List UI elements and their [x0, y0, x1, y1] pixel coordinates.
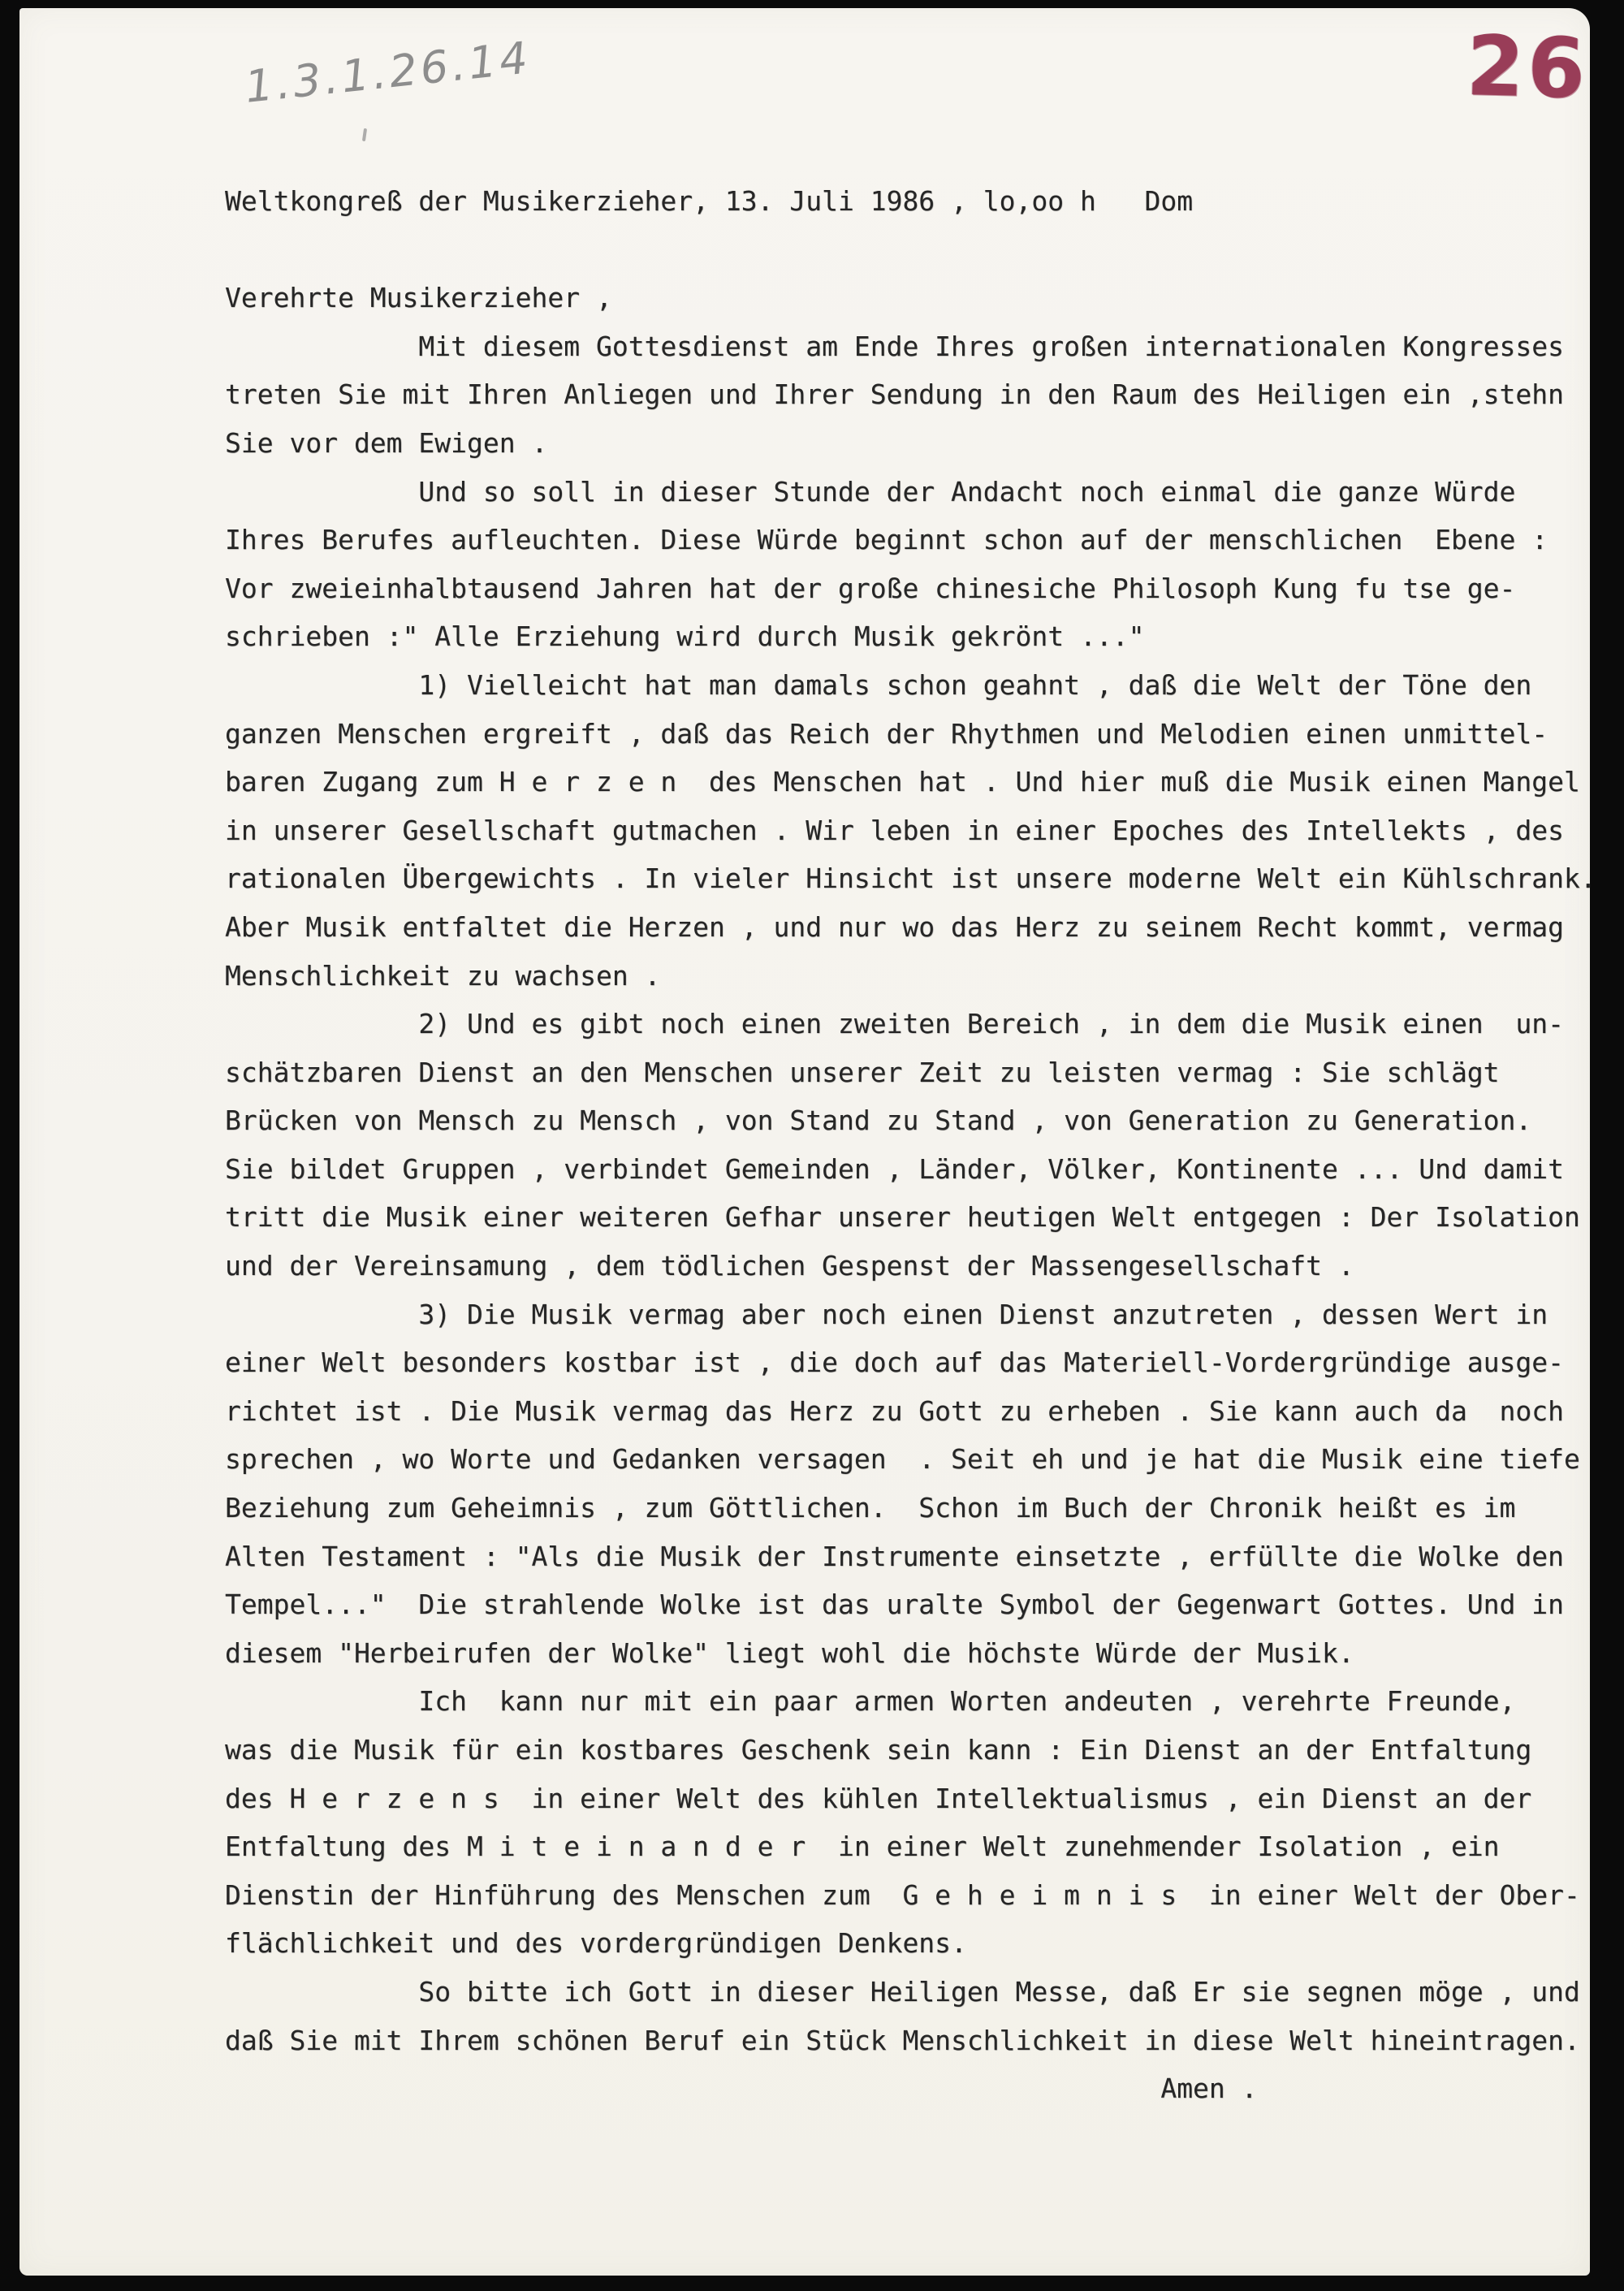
typed-line: Sie vor dem Ewigen . [225, 419, 1605, 468]
typed-line: Vor zweieinhalbtausend Jahren hat der gr… [225, 564, 1605, 613]
pencil-tick-mark [362, 128, 367, 141]
typed-line: in unserer Gesellschaft gutmachen . Wir … [225, 806, 1605, 855]
typed-line: Brücken von Mensch zu Mensch , von Stand… [225, 1096, 1605, 1145]
typed-line: rationalen Übergewichts . In vieler Hins… [225, 854, 1605, 903]
handwritten-page-number: 26 [1465, 18, 1589, 118]
typed-line: Alten Testament : "Als die Musik der Ins… [225, 1532, 1605, 1581]
typed-line: schrieben :" Alle Erziehung wird durch M… [225, 612, 1605, 661]
typed-line: diesem "Herbeirufen der Wolke" liegt woh… [225, 1629, 1605, 1678]
typed-line: Ich kann nur mit ein paar armen Worten a… [225, 1677, 1605, 1726]
typed-line: Beziehung zum Geheimnis , zum Göttlichen… [225, 1484, 1605, 1532]
typed-line: So bitte ich Gott in dieser Heiligen Mes… [225, 1968, 1605, 2017]
typed-line: schätzbaren Dienst an den Menschen unser… [225, 1048, 1605, 1097]
typed-line: tritt die Musik einer weiteren Gefhar un… [225, 1193, 1605, 1242]
typed-line: Ihres Berufes aufleuchten. Diese Würde b… [225, 516, 1605, 564]
typed-line: Menschlichkeit zu wachsen . [225, 952, 1605, 1001]
typed-line [225, 226, 1605, 274]
typed-line: 1) Vielleicht hat man damals schon geahn… [225, 661, 1605, 710]
typed-line: Mit diesem Gottesdienst am Ende Ihres gr… [225, 322, 1605, 371]
typed-line: sprechen , wo Worte und Gedanken versage… [225, 1435, 1605, 1484]
typed-line: flächlichkeit und des vordergründigen De… [225, 1919, 1605, 1968]
typed-line: 2) Und es gibt noch einen zweiten Bereic… [225, 1000, 1605, 1048]
document-page: 1.3.1.26.14 26 Weltkongreß der Musikerzi… [19, 8, 1590, 2276]
typed-line: 3) Die Musik vermag aber noch einen Dien… [225, 1290, 1605, 1339]
typed-line: Dienstin der Hinführung des Menschen zum… [225, 1871, 1605, 1920]
typed-line: Und so soll in dieser Stunde der Andacht… [225, 468, 1605, 517]
typed-line: Weltkongreß der Musikerzieher, 13. Juli … [225, 177, 1605, 226]
typed-line: des H e r z e n s in einer Welt des kühl… [225, 1774, 1605, 1823]
typed-line: was die Musik für ein kostbares Geschenk… [225, 1726, 1605, 1774]
typed-line: ganzen Menschen ergreift , daß das Reich… [225, 710, 1605, 759]
typed-line: Verehrte Musikerzieher , [225, 274, 1605, 322]
typed-line: Aber Musik entfaltet die Herzen , und nu… [225, 903, 1605, 952]
typed-line: Tempel..." Die strahlende Wolke ist das … [225, 1580, 1605, 1629]
typed-line: Sie bildet Gruppen , verbindet Gemeinden… [225, 1145, 1605, 1194]
typed-line: einer Welt besonders kostbar ist , die d… [225, 1338, 1605, 1387]
typed-line: und der Vereinsamung , dem tödlichen Ges… [225, 1242, 1605, 1290]
typed-line: Amen . [225, 2064, 1605, 2113]
typed-text-block: Weltkongreß der Musikerzieher, 13. Juli … [225, 177, 1605, 2113]
typed-line: daß Sie mit Ihrem schönen Beruf ein Stüc… [225, 2017, 1605, 2065]
typed-line: richtet ist . Die Musik vermag das Herz … [225, 1387, 1605, 1436]
pencil-archival-number: 1.3.1.26.14 [243, 32, 533, 113]
typed-line: Entfaltung des M i t e i n a n d e r in … [225, 1822, 1605, 1871]
typed-line: baren Zugang zum H e r z e n des Mensche… [225, 758, 1605, 806]
typed-line: treten Sie mit Ihren Anliegen und Ihrer … [225, 370, 1605, 419]
